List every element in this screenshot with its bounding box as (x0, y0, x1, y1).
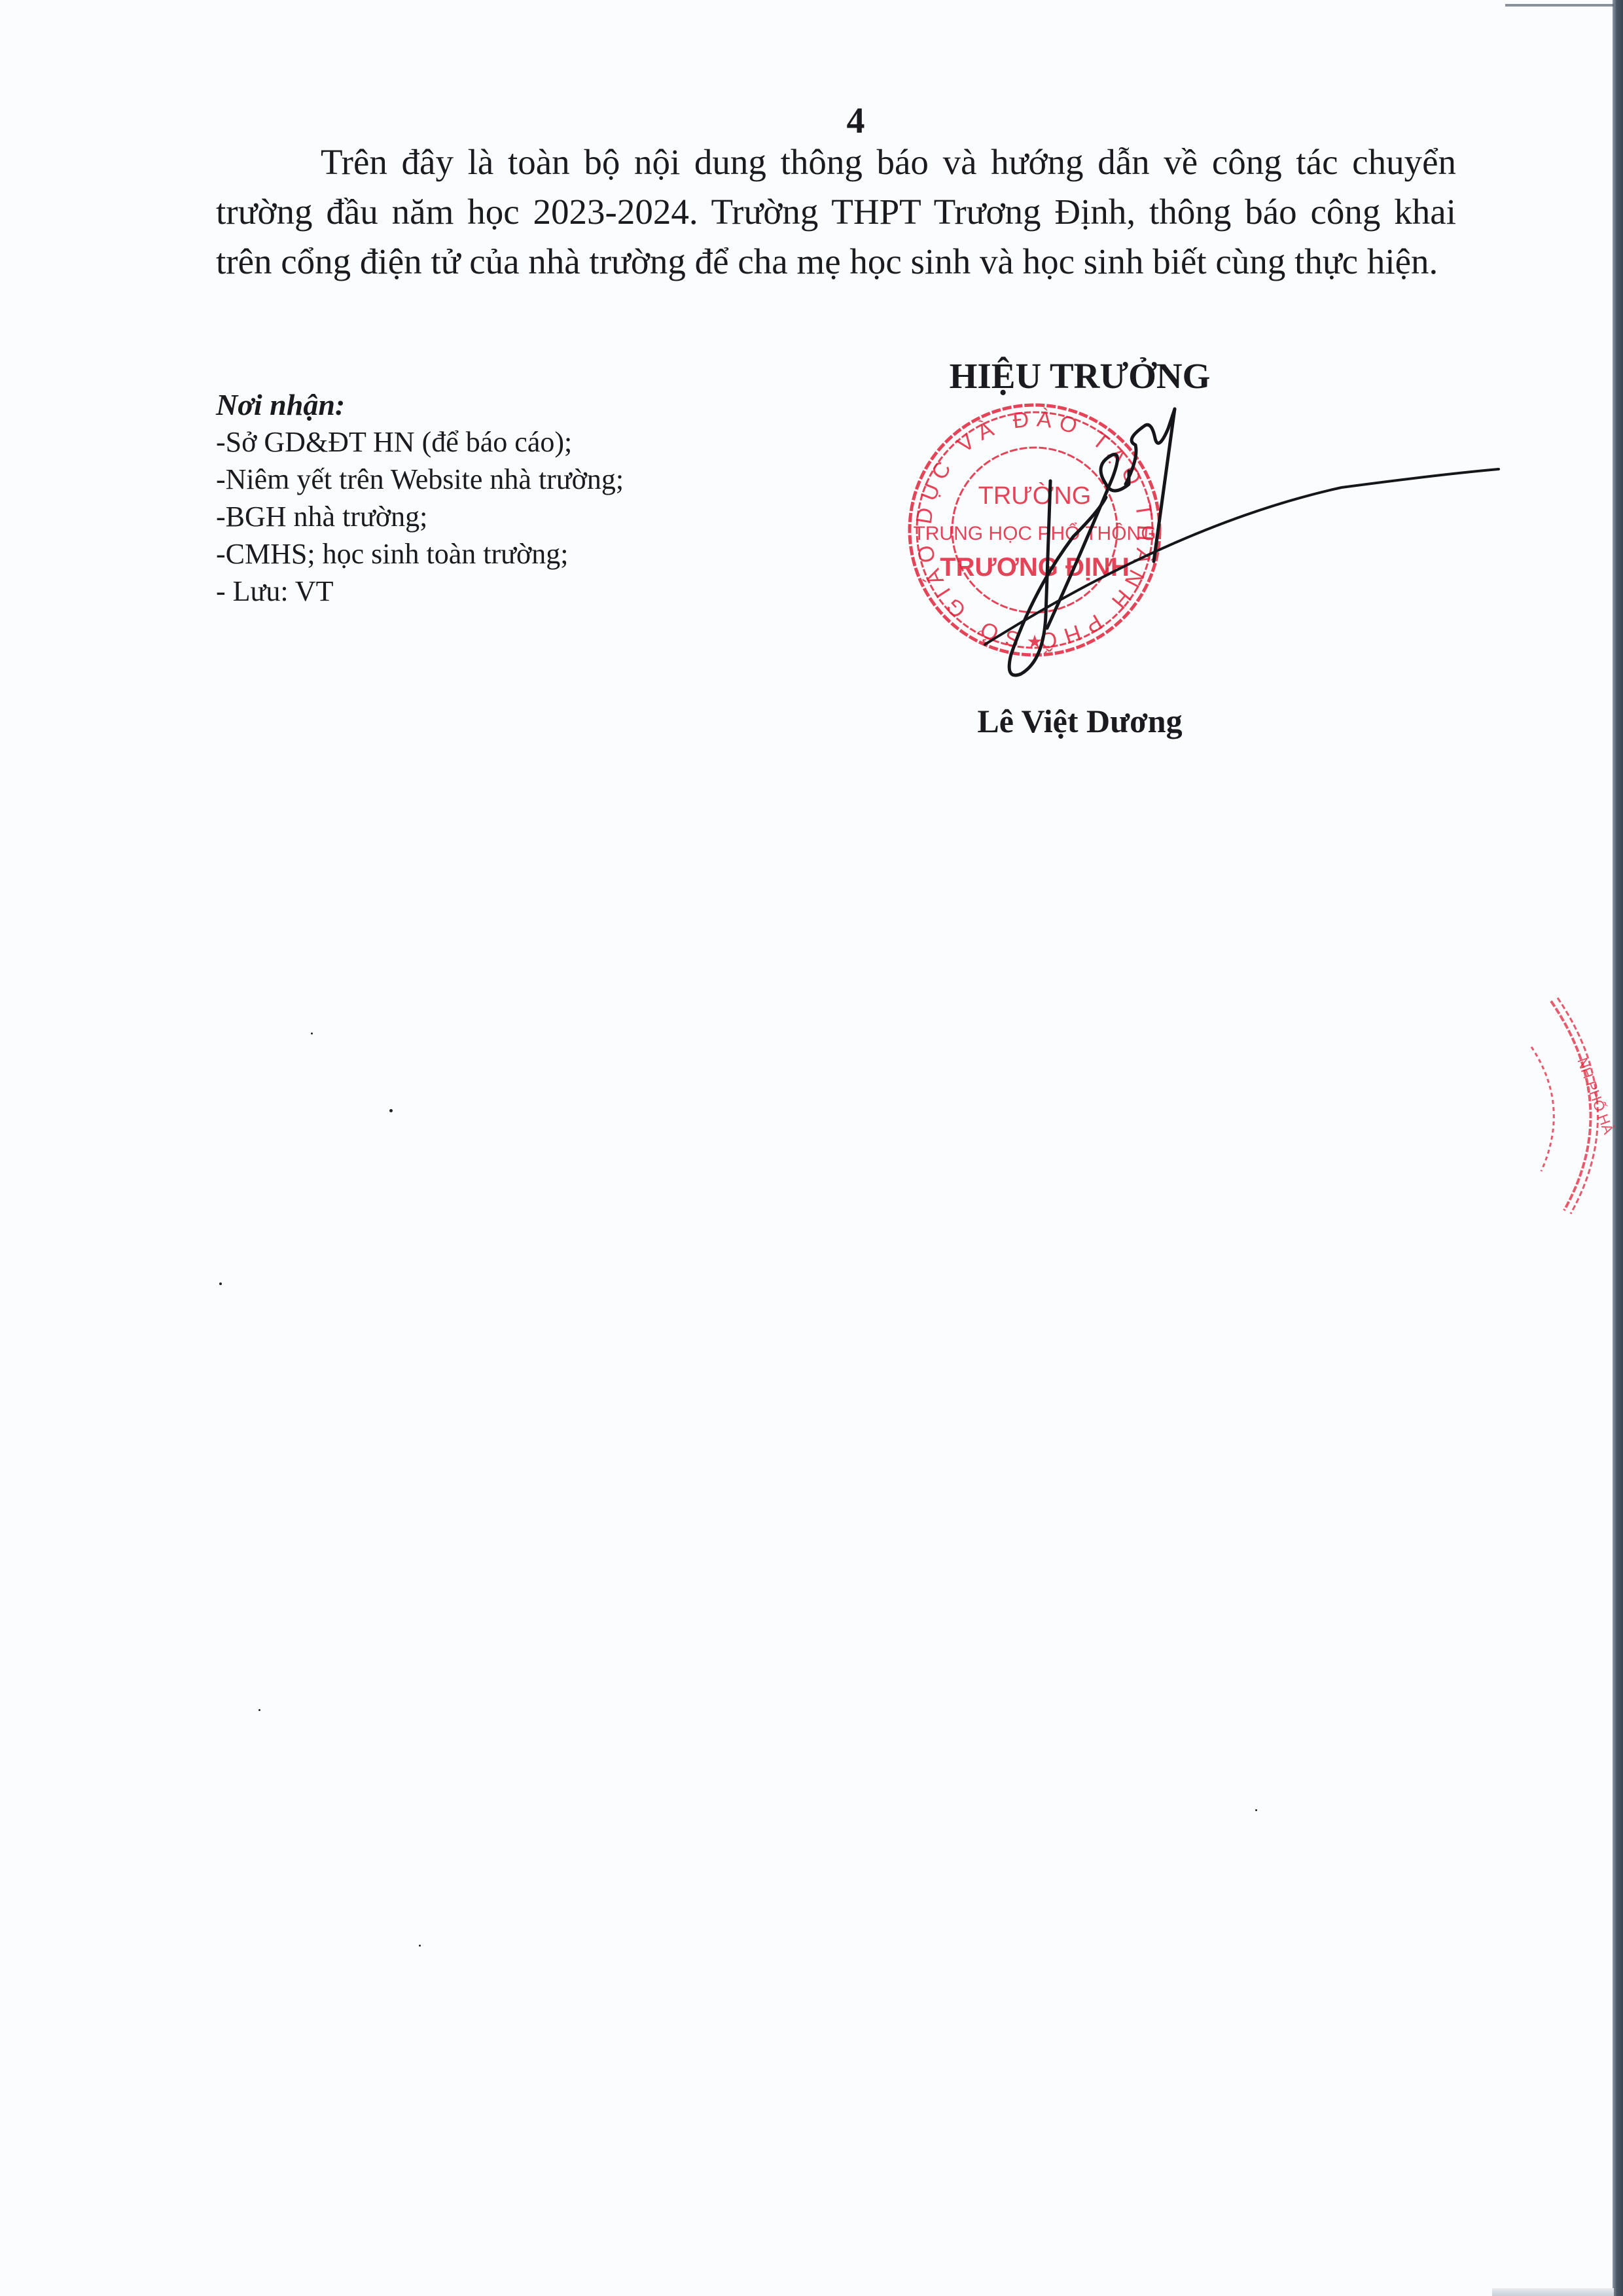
stamp-center-text: TRƯỜNG TRUNG HỌC PHỔ THÔNG TRƯƠNG ĐỊNH ★ (913, 482, 1156, 652)
scan-speck (389, 1109, 393, 1112)
partial-stamp-edge (1531, 998, 1597, 1214)
scan-speck (259, 1709, 260, 1711)
scan-speck (219, 1282, 222, 1285)
partial-stamp-text: NH PHỐ HÀ (1574, 1055, 1617, 1137)
official-stamp: SỞ GIÁO DỤC VÀ ĐÀO TẠO THÀNH PHỐ HÀ NỘI … (0, 0, 1623, 2296)
svg-text:TRƯỜNG: TRƯỜNG (978, 482, 1092, 510)
signer-name: Lê Việt Dương (916, 700, 1243, 742)
svg-text:TRUNG HỌC PHỔ THÔNG: TRUNG HỌC PHỔ THÔNG (913, 522, 1156, 544)
scan-speck (1255, 1809, 1257, 1811)
scan-speck (419, 1945, 421, 1947)
scan-speck (311, 1033, 313, 1034)
